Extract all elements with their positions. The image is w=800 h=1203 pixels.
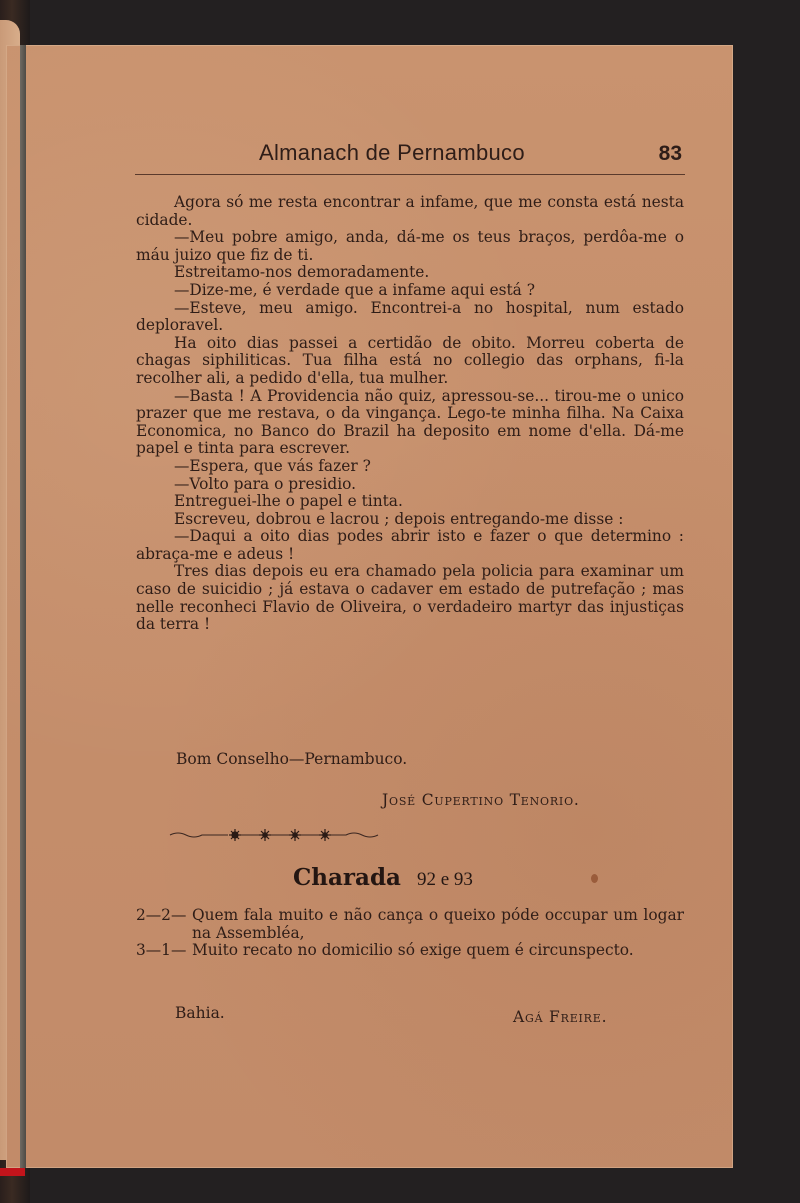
riddle-text: Muito recato no domicilio só exige quem … <box>192 942 684 960</box>
paragraph: Escreveu, dobrou e lacrou ; depois entre… <box>136 511 684 529</box>
charada-heading: Charada92 e 93 <box>293 864 473 891</box>
story-place: Bom Conselho—Pernambuco. <box>176 750 407 768</box>
paragraph: Estreitamo-nos demoradamente. <box>136 264 684 282</box>
charada-origin: Bahia. <box>175 1004 225 1022</box>
charada-riddles: 2—2— Quem fala muito e não cança o queix… <box>136 907 684 960</box>
paragraph: Ha oito dias passei a certidão de obito.… <box>136 335 684 388</box>
charada-numbers: 92 e 93 <box>417 869 473 890</box>
header-title: Almanach de Pernambuco <box>259 140 525 166</box>
riddle-text: Quem fala muito e não cança o queixo pód… <box>192 907 684 942</box>
riddle-number: 2—2— <box>136 907 192 942</box>
paragraph: Tres dias depois eu era chamado pela pol… <box>136 563 684 633</box>
paragraph: Entreguei-lhe o papel e tinta. <box>136 493 684 511</box>
story-body: Agora só me resta encontrar a infame, qu… <box>136 194 684 634</box>
ornament-divider-icon <box>168 826 380 844</box>
paragraph: —Dize-me, é verdade que a infame aqui es… <box>136 282 684 300</box>
running-header: Almanach de Pernambuco 83 <box>135 140 685 175</box>
page-number: 83 <box>659 142 682 166</box>
charada-title: Charada <box>293 864 401 891</box>
paragraph: —Volto para o presidio. <box>136 476 684 494</box>
story-author: José Cupertino Tenorio. <box>382 791 580 809</box>
red-bookmark-edge <box>0 1168 25 1176</box>
riddle-number: 3—1— <box>136 942 192 960</box>
paragraph: —Meu pobre amigo, anda, dá-me os teus br… <box>136 229 684 264</box>
page-binding-edge <box>20 45 26 1168</box>
charada-author: Agá Freire. <box>513 1008 607 1026</box>
paragraph: —Espera, que vás fazer ? <box>136 458 684 476</box>
paragraph: Agora só me resta encontrar a infame, qu… <box>136 194 684 229</box>
riddle-item: 3—1— Muito recato no domicilio só exige … <box>136 942 684 960</box>
riddle-item: 2—2— Quem fala muito e não cança o queix… <box>136 907 684 942</box>
paragraph: —Basta ! A Providencia não quiz, apresso… <box>136 388 684 458</box>
paragraph: —Esteve, meu amigo. Encontrei-a no hospi… <box>136 300 684 335</box>
paragraph: —Daqui a oito dias podes abrir isto e fa… <box>136 528 684 563</box>
ink-stain <box>591 874 598 883</box>
